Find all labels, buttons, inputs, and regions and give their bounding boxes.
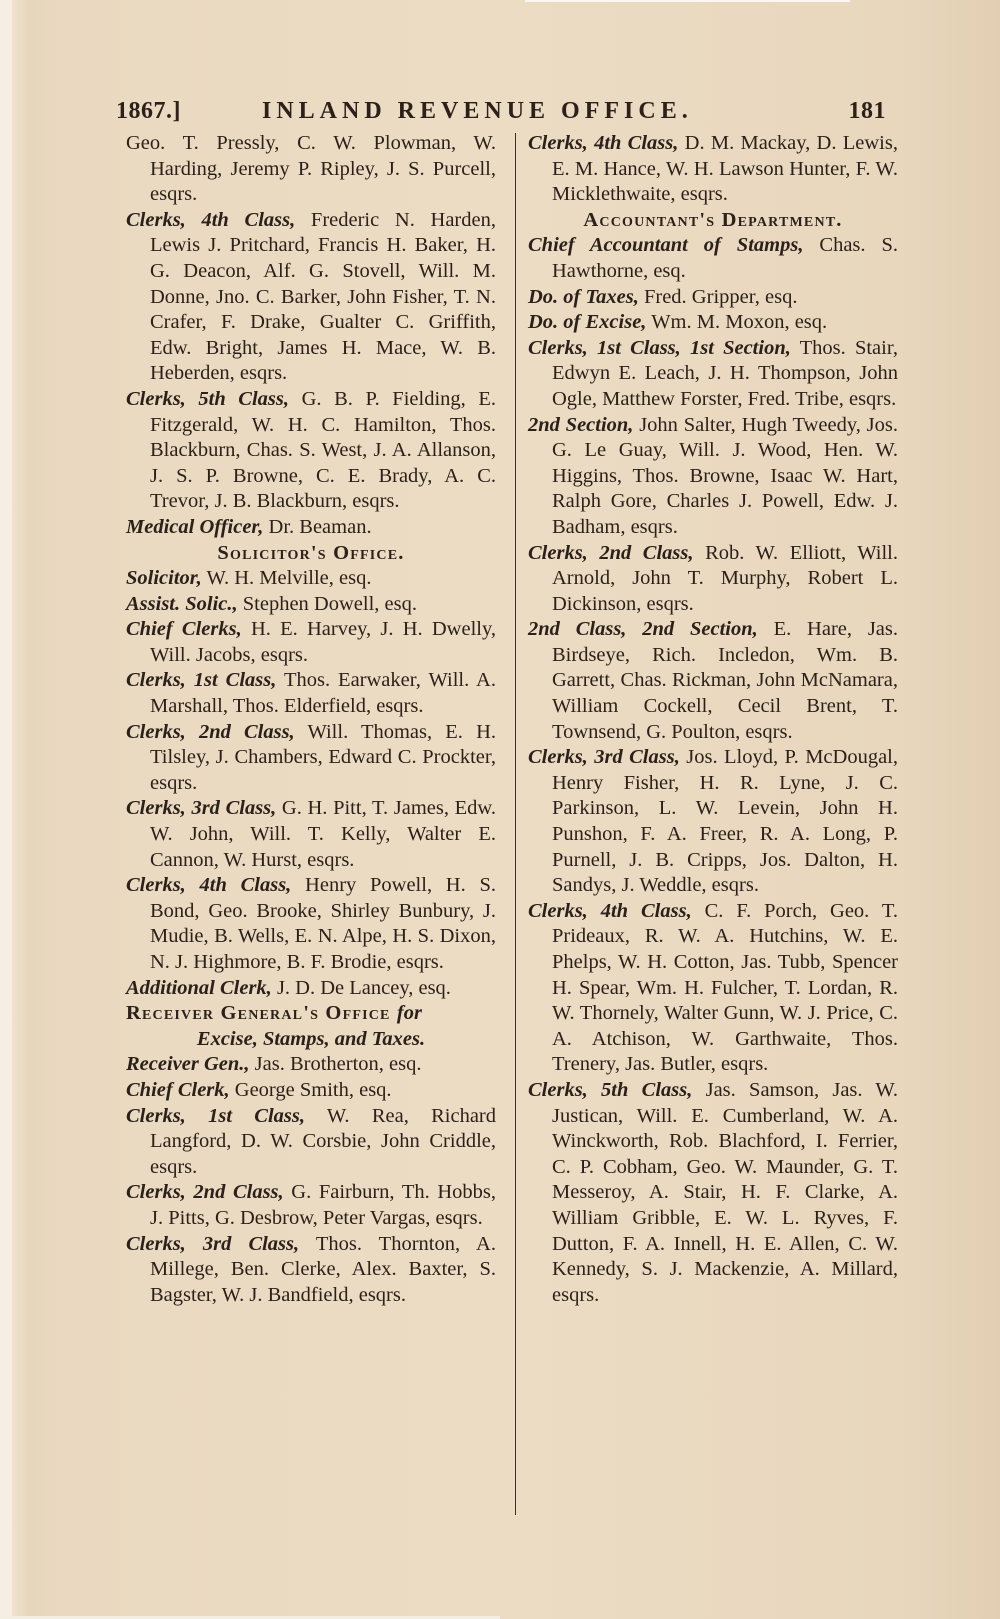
section-heading-receiver-general: Receiver General's Office forExcise, Sta… [126,1001,496,1052]
section-heading-solicitor: Solicitor's Office. [126,541,496,567]
list-entry: Solicitor, W. H. Melville, esq. [126,566,496,592]
right-column: Clerks, 4th Class, D. M. Mackay, D. Lewi… [528,131,898,1308]
list-entry: Clerks, 1st Class, W. Rea, Richard Langf… [126,1104,496,1181]
left-column: Geo. T. Pressly, C. W. Plowman, W. Hardi… [126,131,496,1308]
list-entry: Clerks, 5th Class, Jas. Samson, Jas. W. … [528,1078,898,1308]
list-entry: Receiver Gen., Jas. Brotherton, esq. [126,1052,496,1078]
list-entry: Clerks, 2nd Class, G. Fairburn, Th. Hobb… [126,1180,496,1231]
section-heading-accountant: Accountant's Department. [528,208,898,234]
list-entry: Clerks, 4th Class, Henry Powell, H. S. B… [126,873,496,975]
list-entry: Clerks, 1st Class, Thos. Earwaker, Will.… [126,668,496,719]
list-entry: Chief Accountant of Stamps, Chas. S. Haw… [528,233,898,284]
list-entry: Clerks, 4th Class, C. F. Porch, Geo. T. … [528,899,898,1078]
running-head: 1867.] INLAND REVENUE OFFICE. 181 [116,98,886,128]
list-entry: Chief Clerk, George Smith, esq. [126,1078,496,1104]
list-entry: Clerks, 5th Class, G. B. P. Fielding, E.… [126,387,496,515]
list-entry: Clerks, 3rd Class, G. H. Pitt, T. James,… [126,796,496,873]
header-title: INLAND REVENUE OFFICE. [262,98,693,125]
scan-edge-top [525,0,850,2]
list-entry: Do. of Taxes, Fred. Gripper, esq. [528,285,898,311]
list-entry: 2nd Section, John Salter, Hugh Tweedy, J… [528,413,898,541]
list-entry: Clerks, 2nd Class, Rob. W. Elliott, Will… [528,541,898,618]
list-entry: Assist. Solic., Stephen Dowell, esq. [126,592,496,618]
page-number: 181 [849,98,887,125]
column-divider [515,133,516,1515]
list-entry: Clerks, 3rd Class, Thos. Thornton, A. Mi… [126,1232,496,1309]
list-entry: Additional Clerk, J. D. De Lancey, esq. [126,976,496,1002]
list-entry: Medical Officer, Dr. Beaman. [126,515,496,541]
list-entry: Clerks, 1st Class, 1st Section, Thos. St… [528,336,898,413]
list-entry: Do. of Excise, Wm. M. Moxon, esq. [528,310,898,336]
list-entry: Clerks, 3rd Class, Jos. Lloyd, P. McDoug… [528,745,898,899]
list-entry: Clerks, 2nd Class, Will. Thomas, E. H. T… [126,720,496,797]
header-year: 1867.] [116,98,181,125]
book-page: 1867.] INLAND REVENUE OFFICE. 181 Geo. T… [0,0,1000,1619]
list-entry: Geo. T. Pressly, C. W. Plowman, W. Hardi… [126,131,496,208]
list-entry: Chief Clerks, H. E. Harvey, J. H. Dwelly… [126,617,496,668]
list-entry: Clerks, 4th Class, D. M. Mackay, D. Lewi… [528,131,898,208]
list-entry: Clerks, 4th Class, Frederic N. Harden, L… [126,208,496,387]
list-entry: 2nd Class, 2nd Section, E. Hare, Jas. Bi… [528,617,898,745]
